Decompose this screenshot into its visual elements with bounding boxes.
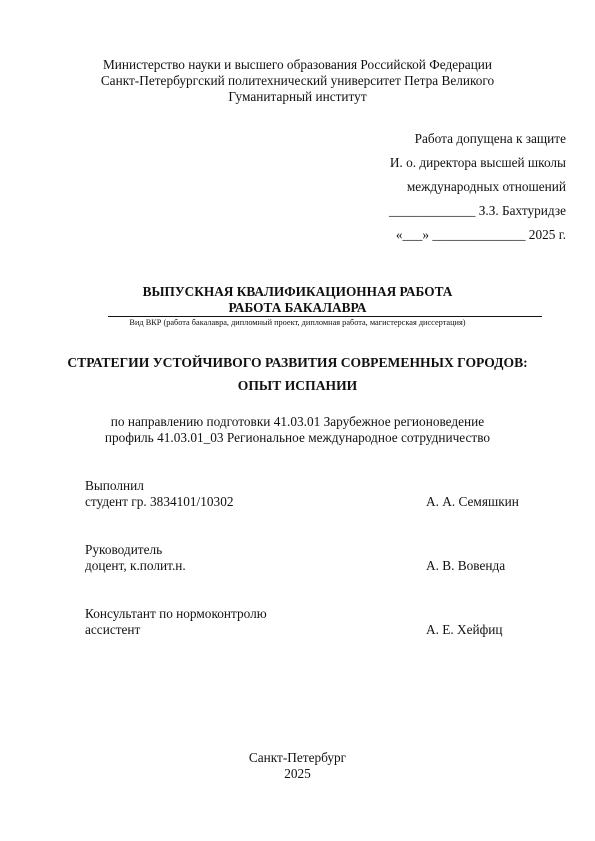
institute-line: Гуманитарный институт (0, 89, 595, 105)
approval-line-3: международных отношений (407, 179, 566, 195)
divider-line (108, 316, 542, 317)
thesis-title-line-2: ОПЫТ ИСПАНИИ (0, 378, 595, 394)
profile-line: профиль 41.03.01_03 Региональное междуна… (0, 430, 595, 446)
work-type-caption: Вид ВКР (работа бакалавра, дипломный про… (0, 318, 595, 328)
signature-role: Руководитель (85, 542, 162, 558)
signature-role: Выполнил (85, 478, 144, 494)
footer-year: 2025 (0, 766, 595, 782)
work-type-value: РАБОТА БАКАЛАВРА (0, 300, 595, 316)
approval-line-1: Работа допущена к защите (415, 131, 566, 147)
signature-position: студент гр. 3834101/10302 (85, 494, 234, 510)
signature-name: А. Е. Хейфиц (426, 622, 503, 638)
university-line: Санкт-Петербургский политехнический унив… (0, 73, 595, 89)
work-type-heading: ВЫПУСКНАЯ КВАЛИФИКАЦИОННАЯ РАБОТА (0, 284, 595, 300)
approval-date: «___» ______________ 2025 г. (396, 227, 566, 243)
direction-line: по направлению подготовки 41.03.01 Заруб… (0, 414, 595, 430)
signature-role: Консультант по нормоконтролю (85, 606, 267, 622)
signature-name: А. А. Семяшкин (426, 494, 519, 510)
thesis-title-line-1: СТРАТЕГИИ УСТОЙЧИВОГО РАЗВИТИЯ СОВРЕМЕНН… (0, 355, 595, 371)
signature-position: доцент, к.полит.н. (85, 558, 186, 574)
approval-signature: _____________ З.З. Бахтуридзе (389, 203, 566, 219)
ministry-line: Министерство науки и высшего образования… (0, 57, 595, 73)
signature-name: А. В. Вовенда (426, 558, 505, 574)
footer-city: Санкт-Петербург (0, 750, 595, 766)
approval-line-2: И. о. директора высшей школы (390, 155, 566, 171)
signature-position: ассистент (85, 622, 140, 638)
